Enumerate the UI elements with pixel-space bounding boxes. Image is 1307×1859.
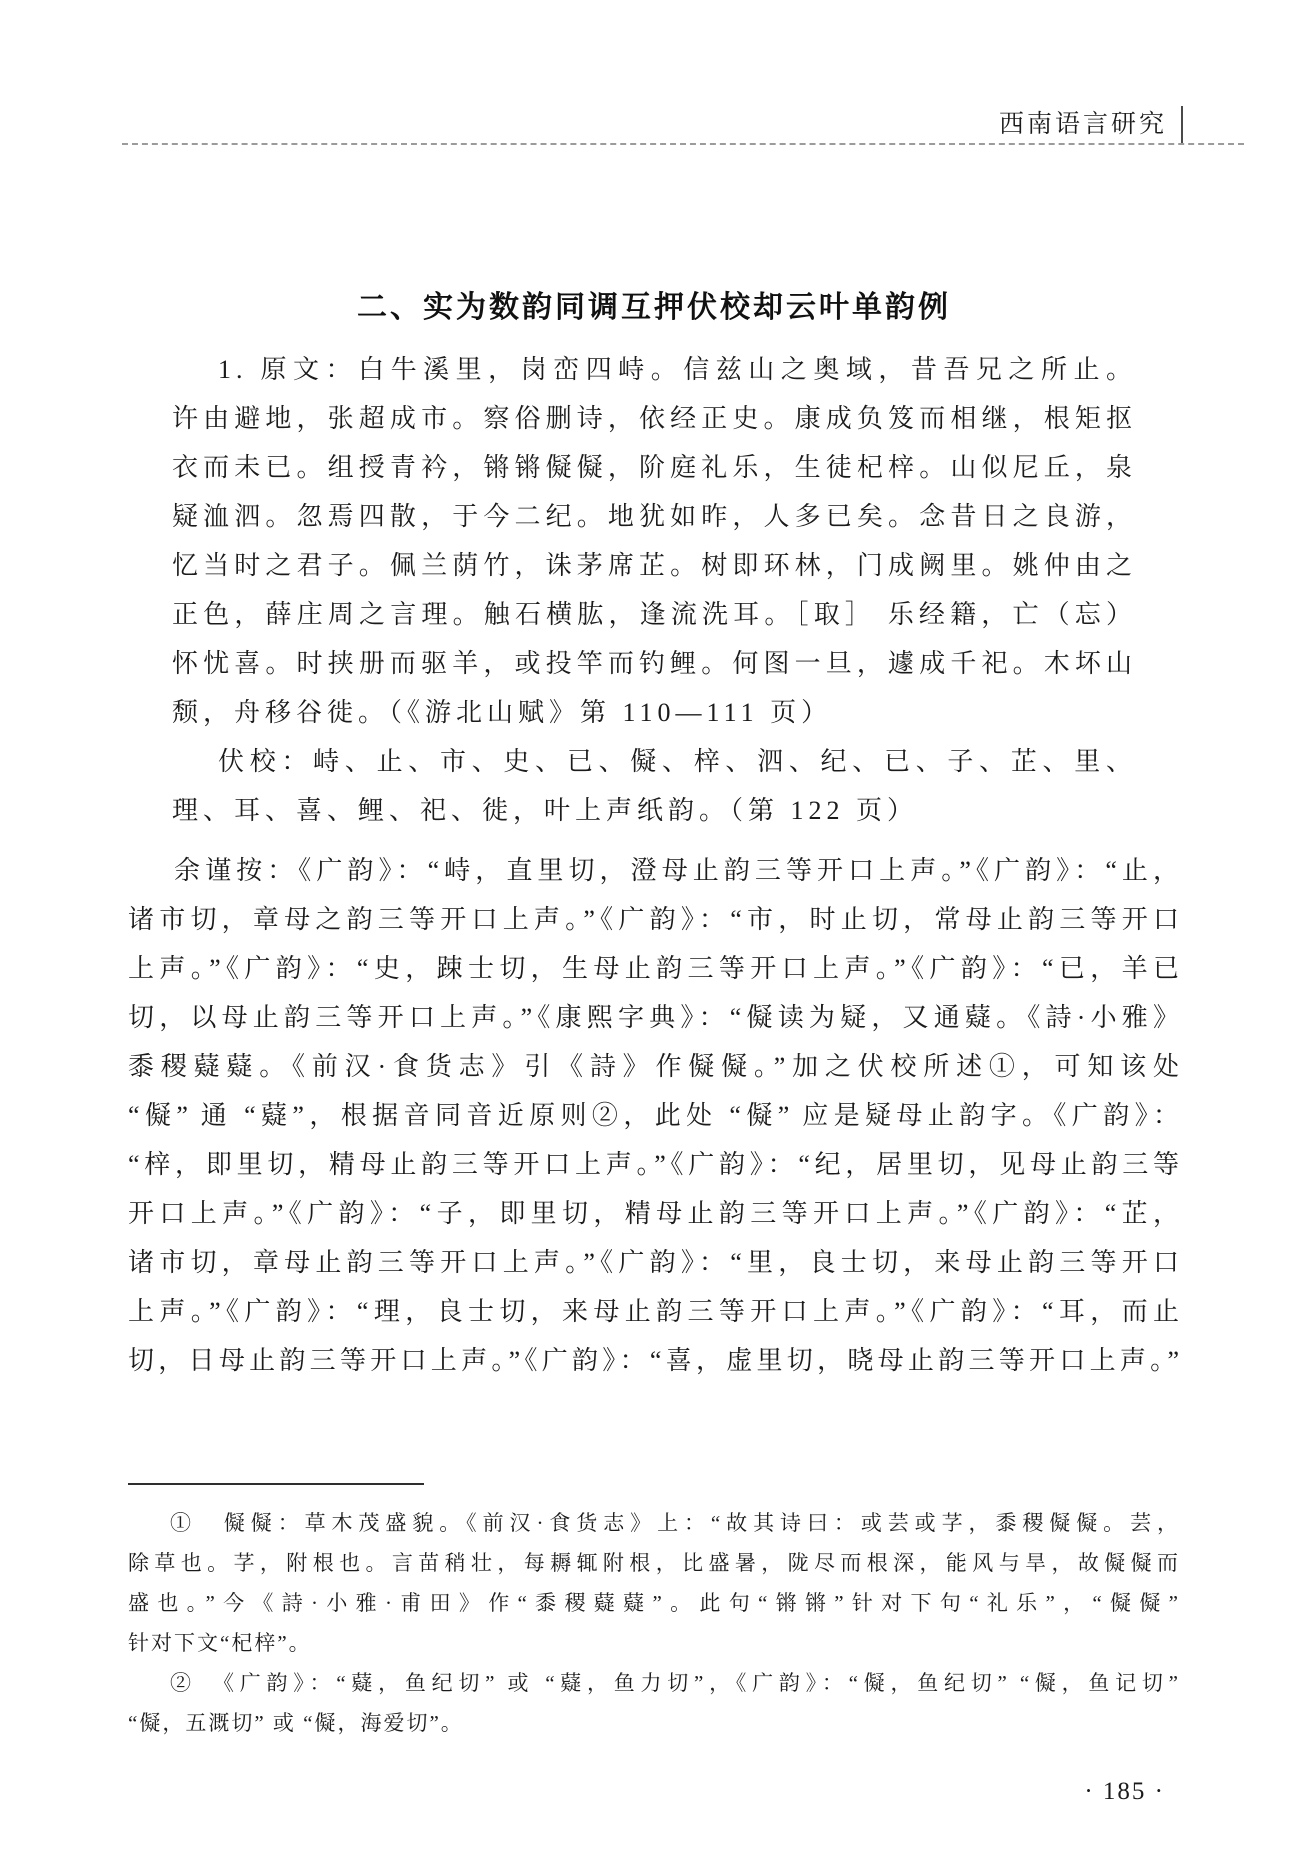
- fuxiao-line: 理、耳、喜、鲤、祀、徙，叶上声纸韵。（第 122 页）: [172, 786, 1137, 835]
- commentary-line: 切，以母止韵三等开口上声。”《康熙字典》：“儗读为疑，又通薿。《詩·小雅》: [128, 993, 1180, 1042]
- footnote-line: “儗，五溉切” 或 “儗，海爱切”。: [128, 1703, 1180, 1743]
- commentary-line: 诸市切，章母之韵三等开口上声。”《广韵》：“市，时止切，常母止韵三等开口: [128, 895, 1180, 944]
- commentary-line: 上声。”《广韵》：“理，良士切，来母止韵三等开口上声。”《广韵》：“耳，而止: [128, 1287, 1180, 1336]
- commentary-paragraph: 余谨按：《广韵》：“峙，直里切，澄母止韵三等开口上声。”《广韵》：“止， 诸市切…: [128, 846, 1180, 1385]
- original-text-line: 正色，薛庄周之言理。触石横肱，逢流洗耳。［取］ 乐经籍，亡（忘）: [172, 590, 1137, 639]
- header-dashed-rule: [122, 143, 1244, 145]
- footnote-line: 针对下文“杞梓”。: [128, 1623, 1180, 1663]
- fuxiao-line: 伏校：峙、止、市、史、已、儗、梓、泗、纪、已、子、芷、里、: [172, 737, 1137, 786]
- commentary-line: “梓，即里切，精母止韵三等开口上声。”《广韵》：“纪，居里切，见母止韵三等: [128, 1140, 1180, 1189]
- journal-header: 西南语言研究: [999, 106, 1183, 144]
- footnote-separator: [128, 1483, 424, 1485]
- page-number: · 185 ·: [1084, 1778, 1165, 1806]
- original-text-line: 1. 原文：白牛溪里，岗峦四峙。信兹山之奥域，昔吾兄之所止。: [172, 345, 1137, 394]
- commentary-line: 余谨按：《广韵》：“峙，直里切，澄母止韵三等开口上声。”《广韵》：“止，: [128, 846, 1180, 895]
- section-title: 二、实为数韵同调互押伏校却云叶单韵例: [128, 282, 1180, 326]
- commentary-line: 切，日母止韵三等开口上声。”《广韵》：“喜，虚里切，晓母止韵三等开口上声。”: [128, 1336, 1180, 1385]
- original-text-line: 颓，舟移谷徙。（《游北山赋》第 110—111 页）: [172, 688, 1137, 737]
- footnote-line: 盛也。”今《詩·小雅·甫田》作“黍稷薿薿”。此句“锵锵”针对下句“礼乐”，“儗儗…: [128, 1583, 1180, 1623]
- original-text-line: 衣而未已。组授青衿，锵锵儗儗，阶庭礼乐，生徒杞梓。山似尼丘，泉: [172, 443, 1137, 492]
- commentary-line: 上声。”《广韵》：“史，踈士切，生母止韵三等开口上声。”《广韵》：“已，羊已: [128, 944, 1180, 993]
- footnote-line: 除草也。芓，附根也。言苗稍壮，每耨辄附根，比盛暑，陇尽而根深，能风与旱，故儗儗而: [128, 1543, 1180, 1583]
- original-text-line: 怀忧喜。时挟册而驱羊，或投竿而钓鲤。何图一旦，遽成千祀。木坏山: [172, 639, 1137, 688]
- footnotes-block: ① 儗儗：草木茂盛貌。《前汉·食货志》上：“故其诗曰：或芸或芓，黍稷儗儗。芸， …: [128, 1503, 1180, 1743]
- commentary-line: “儗” 通 “薿”，根据音同音近原则②，此处 “儗” 应是疑母止韵字。《广韵》：: [128, 1091, 1180, 1140]
- original-text-line: 忆当时之君子。佩兰荫竹，诛茅席芷。树即环林，门成阙里。姚仲由之: [172, 541, 1137, 590]
- commentary-line: 诸市切，章母止韵三等开口上声。”《广韵》：“里，良士切，来母止韵三等开口: [128, 1238, 1180, 1287]
- commentary-line: 黍稷薿薿。《前汉·食货志》引《詩》作儗儗。”加之伏校所述①，可知该处: [128, 1042, 1180, 1091]
- footnote-line: ① 儗儗：草木茂盛貌。《前汉·食货志》上：“故其诗曰：或芸或芓，黍稷儗儗。芸，: [128, 1503, 1180, 1543]
- original-text-line: 许由避地，张超成市。察俗删诗，依经正史。康成负笈而相继，根矩抠: [172, 394, 1137, 443]
- original-text-line: 疑洫泗。忽焉四散，于今二纪。地犹如昨，人多已矣。念昔日之良游，: [172, 492, 1137, 541]
- commentary-line: 开口上声。”《广韵》：“子，即里切，精母止韵三等开口上声。”《广韵》：“芷，: [128, 1189, 1180, 1238]
- footnote-line: ② 《广韵》：“薿，鱼纪切” 或 “薿，鱼力切”，《广韵》：“儗，鱼纪切” “儗…: [128, 1663, 1180, 1703]
- original-quote-block: 1. 原文：白牛溪里，岗峦四峙。信兹山之奥域，昔吾兄之所止。 许由避地，张超成市…: [172, 345, 1137, 835]
